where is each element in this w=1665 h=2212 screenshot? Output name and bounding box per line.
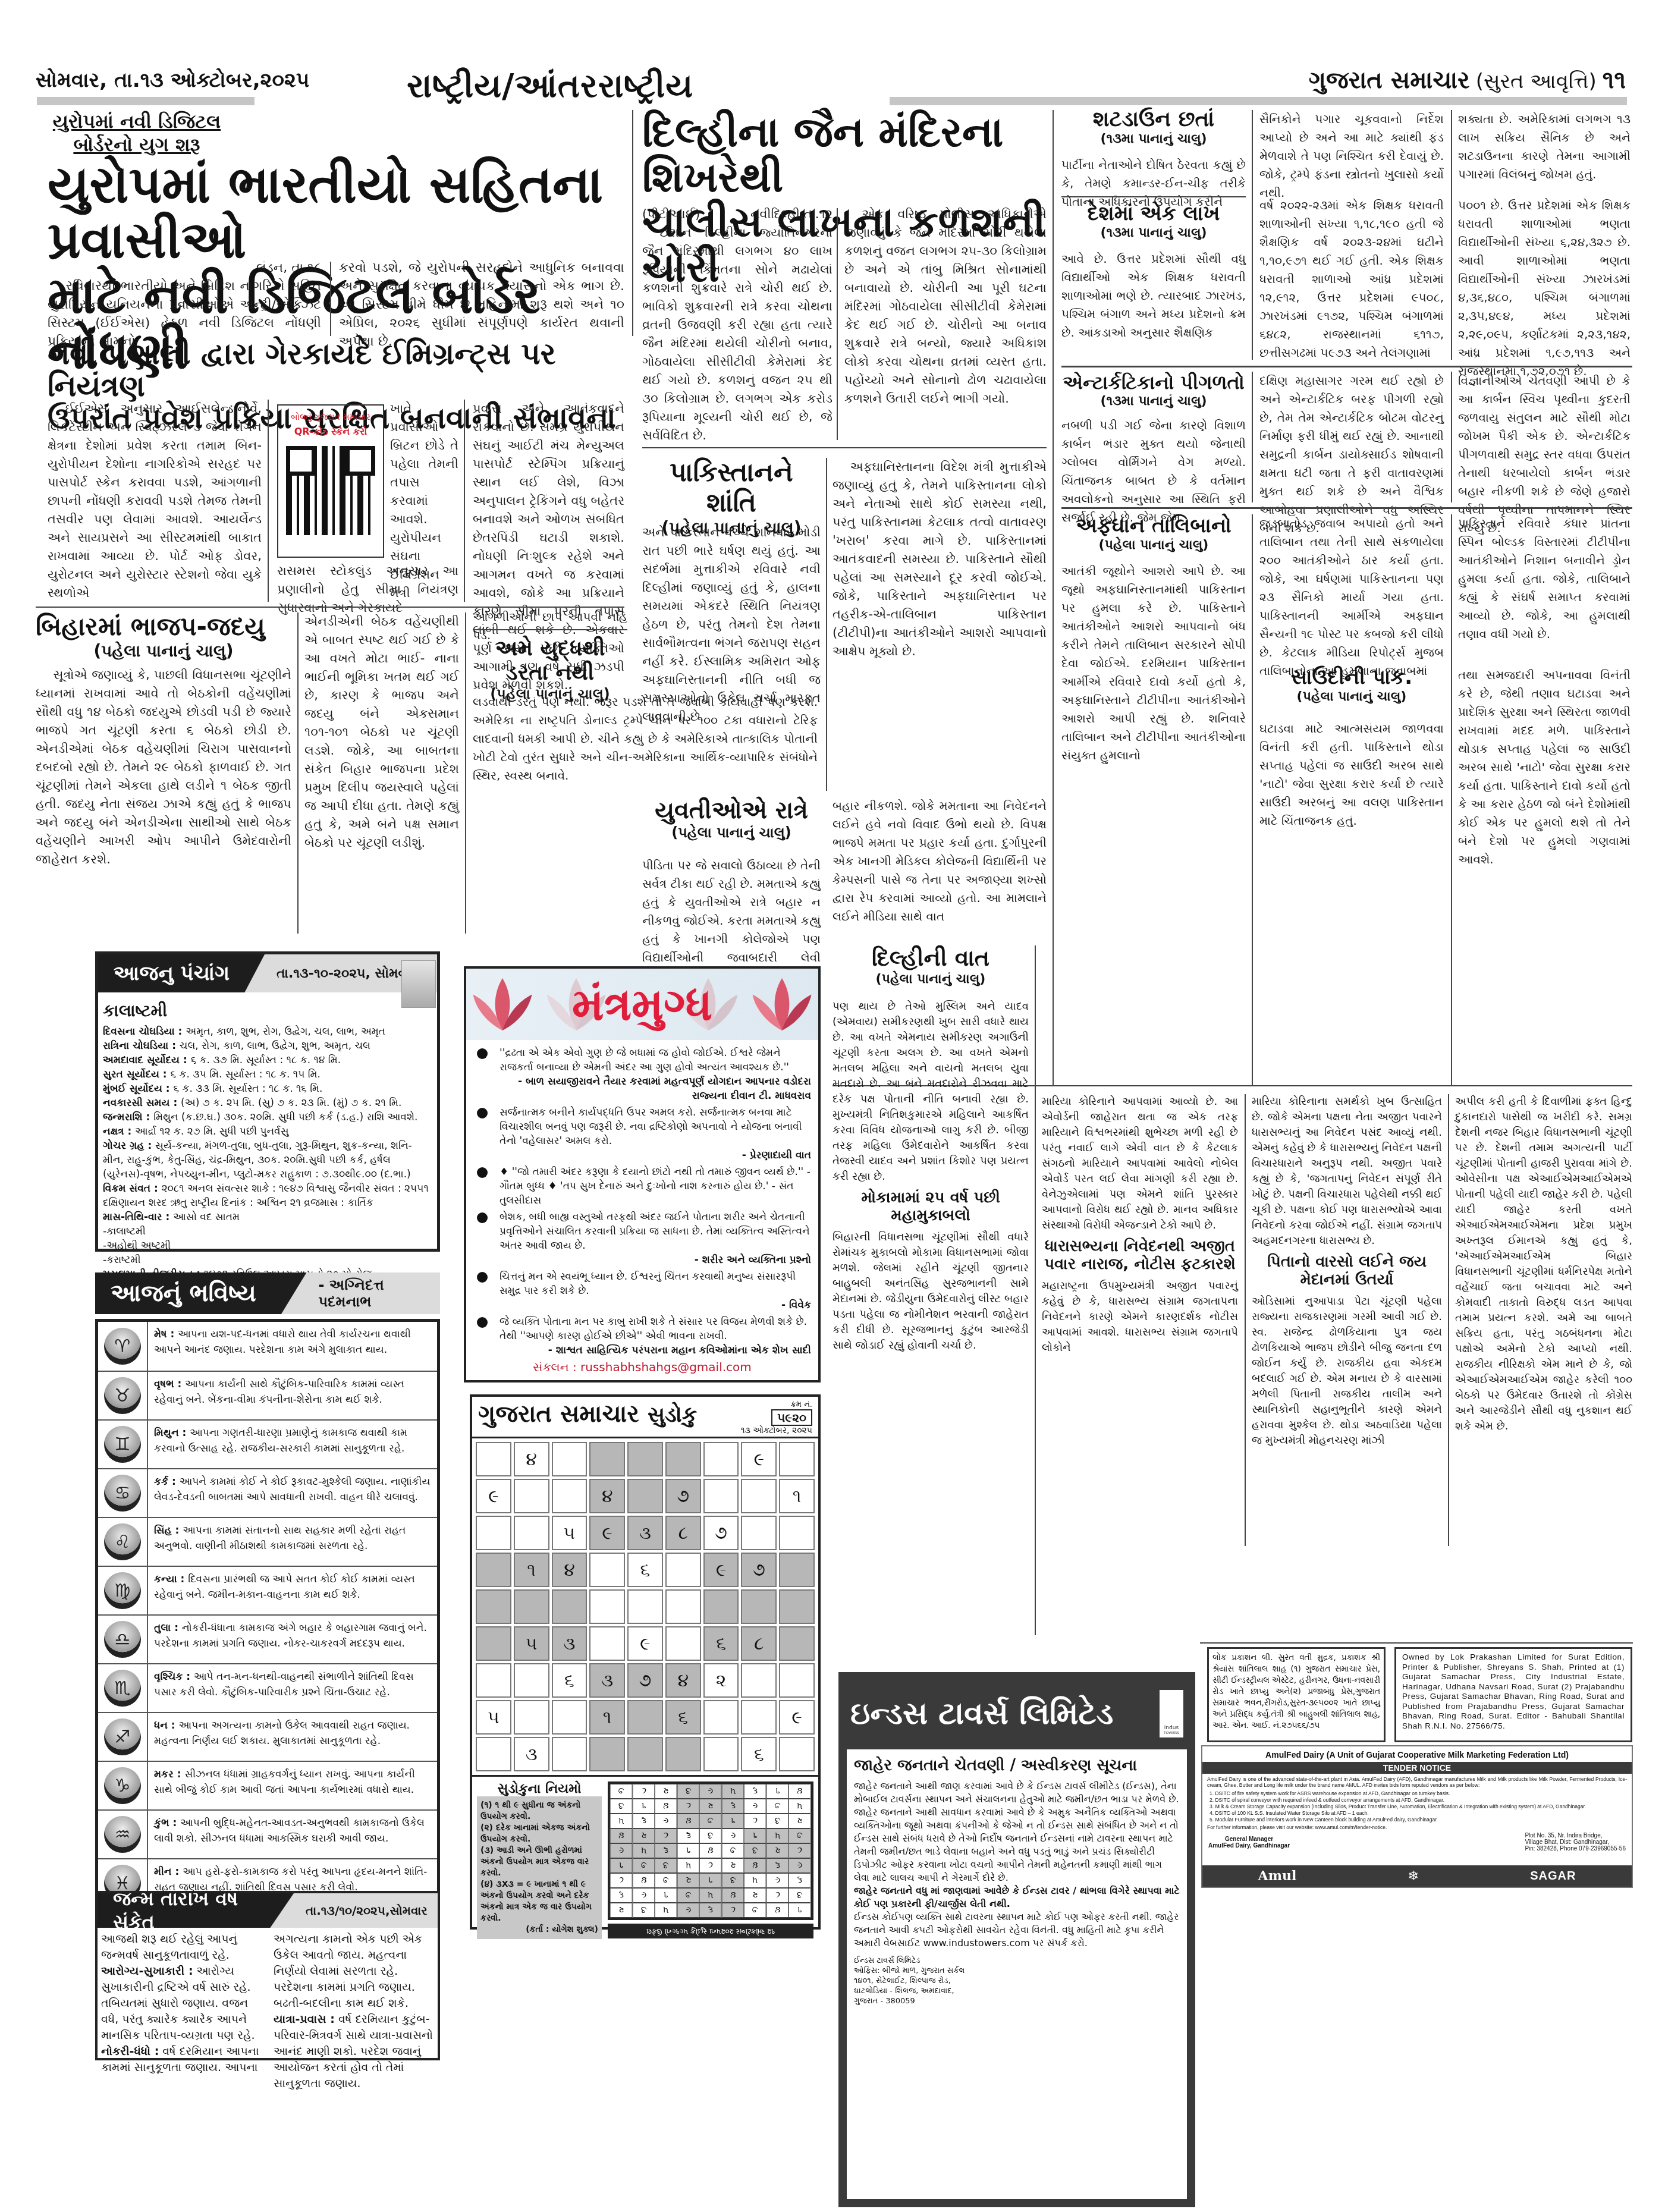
sudoku-cell[interactable]: ૯ bbox=[703, 1553, 739, 1587]
mantra-source: - બાળ સયાજીરાવને તૈયાર કરવામાં મહત્વપૂર્… bbox=[499, 1074, 811, 1103]
panchang-value: -કરાષ્ટમી bbox=[103, 1254, 141, 1266]
sudoku-cell[interactable] bbox=[589, 1553, 625, 1587]
imprint-gujarati: લોક પ્રકાશન લી. સુરત વતી મુદ્રક, પ્રકાશક… bbox=[1207, 1647, 1386, 1742]
sudoku-cell[interactable]: ૭ bbox=[741, 1553, 777, 1587]
sudoku-cell[interactable] bbox=[589, 1626, 625, 1661]
solution-cell: ૮ bbox=[610, 1873, 633, 1888]
solution-cell: ૨ bbox=[722, 1858, 744, 1873]
solution-cell: ૧ bbox=[722, 1814, 744, 1828]
solution-cell: ૪ bbox=[633, 1873, 655, 1888]
panchang-line: નવકારસી સમય : (અ) ૭ ક. ૨૫ મિ. (સુ) ૭ ક. … bbox=[103, 1096, 432, 1110]
sudoku-cell[interactable] bbox=[703, 1737, 739, 1771]
zodiac-prediction: આપના ગણતરી-ધારણા પ્રમાણેનું કામકાજ થવાથી… bbox=[154, 1427, 407, 1454]
panchang-line: અમદાવાદ સૂર્યોદય : ૬ ક. ૩૭ મિ. સૂર્યાસ્ત… bbox=[103, 1053, 432, 1067]
shutdown-col2: સૈનિકોને પગાર ચૂકવવાનો નિર્દેશ આપ્યો છે … bbox=[1259, 110, 1444, 202]
sudoku-cell[interactable]: ૨ bbox=[703, 1663, 739, 1698]
sudoku-cell[interactable] bbox=[627, 1479, 663, 1513]
column-rule bbox=[1053, 110, 1054, 1085]
sudoku-cell[interactable]: ૩ bbox=[589, 1663, 625, 1698]
sudoku-title: સુડોકુ bbox=[648, 1403, 697, 1428]
mantra-quote: બેશક, બધી બાહ્ય વસ્તુઓ તરફથી અંદર જઈને પ… bbox=[499, 1210, 811, 1253]
saudi-head: સાઉદીની પાક. (પહેલા પાનાનું ચાલુ) bbox=[1259, 666, 1444, 704]
sudoku-cell[interactable] bbox=[514, 1700, 549, 1735]
europe-body-text-1: ઈઈએસ અનુસાર આઈસલેન્ડ,નોર્વે, લિકટેંસ્ટીન… bbox=[48, 400, 262, 602]
delhi-vaat-col1: પણ થાય છે તેઓ મુસ્લિમ અને યાદવ (એમવાય) સ… bbox=[832, 999, 1029, 1353]
afghan-col2: જડબાતોડ જવાબ અપાયો હતો અને તાલિબાન તથા ત… bbox=[1259, 514, 1444, 680]
solution-cell: ૬ bbox=[655, 1843, 677, 1858]
sudoku-cell[interactable]: ૪ bbox=[552, 1553, 588, 1587]
column-rule bbox=[1451, 110, 1452, 360]
pakistan-col2: અફઘાનિસ્તાનના વિદેશ મંત્રી મુત્તાકીએ જણા… bbox=[832, 458, 1047, 661]
sudoku-date: ૧૩ ઓક્ટોબર, ૨૦૨૫ bbox=[741, 1426, 812, 1435]
delhi-vaat-col2-text: મારિયા કોરિનાને આપવામાં આવ્યો છે. આ એવોર… bbox=[1042, 1094, 1238, 1233]
zodiac-name: મકર : bbox=[154, 1768, 184, 1780]
solution-cell: ૬ bbox=[744, 1784, 766, 1799]
panchang-label: ગોચર ગ્રહ : bbox=[103, 1140, 155, 1152]
sudoku-cell[interactable] bbox=[703, 1700, 739, 1735]
panchang-label: માસ-તિથિ-વાર : bbox=[103, 1211, 173, 1223]
section-divider bbox=[1061, 507, 1632, 509]
panchang-value: આસો વદ સાતમ bbox=[173, 1211, 240, 1223]
sudoku-cell[interactable] bbox=[552, 1589, 588, 1624]
zodiac-text: મિથુન : આપના ગણતરી-ધારણા પ્રમાણેનું કામક… bbox=[148, 1421, 437, 1468]
solution-cell: ૨ bbox=[766, 1843, 789, 1858]
panchang-value: -કાલાષ્ટમી bbox=[103, 1226, 146, 1237]
women-col2: બહાર નીકળશે. જોકે મમતાના આ નિવેદનને લઈને… bbox=[832, 797, 1047, 926]
sudoku-cell[interactable] bbox=[627, 1442, 663, 1476]
solution-cell: ૧ bbox=[699, 1873, 722, 1888]
panchang-value: ૬ ક. ૩૫ મિ. સૂર્યાસ્ત : ૧૮ ક. ૧૫ મિ. bbox=[171, 1069, 321, 1080]
solution-cell: ૯ bbox=[722, 1828, 744, 1843]
sudoku-number: ૫૯૨૦ bbox=[771, 1409, 812, 1426]
amul-intro: AmulFed Dairy is one of the advanced sta… bbox=[1202, 1774, 1632, 1790]
indus-body-bold: જાહેર જનતાને વધુ માં જાણવામાં આવેછે કે ઈ… bbox=[854, 1884, 1180, 1911]
indus-notice: જાહેર જનતાને ચેતવણી / અસ્વીકરણ સૂચના જાહ… bbox=[847, 1749, 1187, 2199]
sudoku-cell[interactable] bbox=[627, 1737, 663, 1771]
indus-address-line: ઘાટલોડિયા - શિલજ, અમદાવાદ, bbox=[854, 1986, 1180, 1996]
sudoku-cell[interactable]: ૫ bbox=[514, 1626, 549, 1661]
solution-cell: ૩ bbox=[744, 1843, 766, 1858]
zodiac-icon-cell: ♏ bbox=[98, 1664, 148, 1712]
zodiac-name: કુંભ : bbox=[154, 1817, 180, 1829]
europe-subhead-line1: નવી પ્રણાલી દ્વારા ગેરકાયદે ઈમિગ્રન્ટ્સ … bbox=[48, 338, 624, 402]
sudoku-cell[interactable] bbox=[741, 1479, 777, 1513]
sudoku-cell[interactable]: ૬ bbox=[627, 1553, 663, 1587]
sudoku-cell[interactable] bbox=[741, 1589, 777, 1624]
imprint-english: Owned by Lok Prakashan Limited for Surat… bbox=[1394, 1647, 1632, 1742]
panchang-line: રાત્રિના ચોઘડિયા : ચલ, રોગ, કાળ, લાભ, ઉદ… bbox=[103, 1039, 432, 1053]
sudoku-cell[interactable] bbox=[476, 1516, 511, 1550]
women-contd: (પહેલા પાનાનું ચાલુ) bbox=[642, 824, 821, 841]
solution-cell: ૬ bbox=[722, 1799, 744, 1814]
zodiac-prediction: આપના અગત્યના કામનો ઉકેલ આવવાથી રાહત જણાય… bbox=[154, 1720, 410, 1747]
solution-cell: ૨ bbox=[610, 1903, 633, 1918]
sagar-logo: SAGAR bbox=[1530, 1869, 1576, 1883]
sudoku-cell[interactable]: ૫ bbox=[552, 1516, 588, 1550]
sudoku-rules-title: સુડોકુના નિયમો bbox=[477, 1781, 602, 1796]
zodiac-icon-cell: ♋ bbox=[98, 1469, 148, 1517]
sudoku-rules-list: (૧) ૧ થી ૯ સુધીના જ અંકનો ઉપયોગ કરવો.(૨)… bbox=[477, 1796, 602, 1939]
sudoku-cell[interactable] bbox=[476, 1553, 511, 1587]
solution-cell: ૨ bbox=[677, 1873, 700, 1888]
column-rule bbox=[330, 262, 331, 336]
solution-cell: ૮ bbox=[677, 1799, 700, 1814]
zodiac-row: ♏વૃશ્ચિક : આપે તન-મન-ધનથી-વાહનથી સંભાળીન… bbox=[98, 1663, 437, 1712]
zodiac-text: મેષ : આપના યશ-પદ-ધનમાં વધારો થાય તેવી કા… bbox=[148, 1322, 437, 1371]
sudoku-cell[interactable]: ૮ bbox=[741, 1626, 777, 1661]
war-headline: અમે યુદ્ધથી ડરતા નથી bbox=[473, 636, 627, 686]
delhi-agency: (પીટીઆઈ) bbox=[642, 205, 700, 224]
panchang-title: આજનુ પંચાંગ bbox=[98, 954, 265, 992]
cancer-icon: ♋ bbox=[104, 1475, 141, 1512]
mantra-quote: જે વ્યક્તિ પોતાના મન પર કાબુ રાખી શકે તે… bbox=[499, 1315, 811, 1343]
birthday-col2: અગત્યના કામનો એક પછી એક ઉકેલ આવતો જાય. મ… bbox=[274, 1931, 434, 2092]
lotus-icon bbox=[749, 975, 815, 1034]
delhi-vaat-head: દિલ્હીની વાત (પહેલા પાનાનું ચાલુ) bbox=[832, 945, 1029, 986]
bihar-contd: (પહેલા પાનાનું ચાલુ) bbox=[36, 641, 291, 661]
europe-dateline: લંડન, તા.૧૮ bbox=[48, 259, 321, 277]
mantra-header: મંત્રમુગ્ધ bbox=[466, 969, 818, 1040]
sudoku-cell[interactable]: ૮ bbox=[665, 1516, 701, 1550]
sudoku-cell[interactable] bbox=[665, 1442, 701, 1476]
section-divider bbox=[1061, 366, 1632, 367]
sudoku-cell[interactable] bbox=[665, 1553, 701, 1587]
sudoku-cell[interactable] bbox=[552, 1737, 588, 1771]
horoscope-band: આજનું ભવિષ્ય - અગ્નિદત્ત પદમનાભ bbox=[95, 1272, 440, 1314]
delhi-vaat-col3b-text: ઓડિસામાં નુઆપાડા પેટા ચૂંટણી પહેલા રાજ્ય… bbox=[1252, 1294, 1442, 1449]
amul-address-1: Plot No. 35, Nr. Indira Bridge, bbox=[1525, 1833, 1626, 1839]
taurus-icon: ♉ bbox=[104, 1377, 141, 1414]
sudoku-cell[interactable]: ૪ bbox=[514, 1442, 549, 1476]
solution-cell: ૭ bbox=[677, 1888, 700, 1903]
birthday-box: જન્મ તારીખ વર્ષ સંકેત તા.૧૩/૧૦/૨૦૨૫,સોમવ… bbox=[95, 1891, 440, 2060]
indus-header: ઇન્ડસ ટાવર્સ લિમિટેડ indus TOWERS bbox=[838, 1672, 1195, 1743]
section-title: રાષ્ટ્રીય/આંતરરાષ્ટ્રીય bbox=[262, 67, 838, 106]
antarctica-col1: નબળી પડી ગઈ જેના કારણે વિશાળ કાર્બન ભંડા… bbox=[1061, 416, 1246, 527]
pakistan-col2-text: અફઘાનિસ્તાનના વિદેશ મંત્રી મુત્તાકીએ જણા… bbox=[832, 458, 1047, 661]
indus-logo: indus TOWERS bbox=[1160, 1690, 1183, 1737]
amul-website[interactable]: For further information, please visit ou… bbox=[1202, 1823, 1632, 1831]
qr-code-box[interactable]: બોલતું ગુજરાત સમાચાર QR-કોડ સ્કેન કરો bbox=[277, 404, 384, 558]
column-rule bbox=[464, 400, 465, 602]
solution-cell: ૬ bbox=[766, 1858, 789, 1873]
solution-cell: ૪ bbox=[610, 1828, 633, 1843]
sudoku-cell[interactable] bbox=[741, 1663, 777, 1698]
sudoku-section: ગુજરાત સમાચાર સુડોકુ ક્રમ નં. ૫૯૨૦ ૧૩ ઓક… bbox=[470, 1394, 821, 1930]
amul-website-text: For further information, please visit ou… bbox=[1207, 1824, 1387, 1830]
solution-cell: ૫ bbox=[788, 1799, 811, 1814]
sudoku-cell[interactable] bbox=[476, 1663, 511, 1698]
zodiac-name: કન્યા : bbox=[154, 1573, 188, 1585]
solution-cell: ૬ bbox=[610, 1888, 633, 1903]
solution-cell: ૫ bbox=[722, 1784, 744, 1799]
sudoku-cell[interactable]: ૩ bbox=[552, 1626, 588, 1661]
zodiac-text: કર્ક : આપને કામમાં કોઈ ને કોઈ રૂકાવટ-મુશ… bbox=[148, 1469, 437, 1517]
sudoku-brand: ગુજરાત સમાચાર bbox=[478, 1400, 639, 1428]
zodiac-prediction: નોકરી-ધંધાના કામકાજ અંગે બહાર કે બહારગામ… bbox=[154, 1622, 427, 1649]
column-rule bbox=[826, 458, 827, 791]
gemini-icon: ♊ bbox=[104, 1426, 141, 1463]
column-rule bbox=[1448, 1094, 1449, 1546]
sudoku-cell[interactable]: ૧ bbox=[589, 1700, 625, 1735]
bihar-col1: સૂત્રોએ જણાવ્યું કે, પાછલી વિધાનસભા ચૂંટ… bbox=[36, 666, 291, 869]
solution-cell: ૮ bbox=[744, 1814, 766, 1828]
masthead-rule-left bbox=[37, 97, 255, 105]
amul-address-2: Village Bhat, Dist: Gandhinagar, bbox=[1525, 1839, 1626, 1846]
solution-cell: ૫ bbox=[610, 1814, 633, 1828]
solution-cell: ૩ bbox=[610, 1799, 633, 1814]
zodiac-text: સિંહ : આપના કામમાં સંતાનનો સાથ સહકાર મળી… bbox=[148, 1518, 437, 1566]
panchang-lines: દિવસના ચોઘડિયા : અમૃત, કાળ, શુભ, રોગ, ઉદ… bbox=[103, 1025, 432, 1296]
mantra-source: - શાશ્વત સાહિત્યિક પરંપરાના મહાન કવિઓમાં… bbox=[499, 1343, 811, 1358]
saudi-contd: (પહેલા પાનાનું ચાલુ) bbox=[1259, 689, 1444, 704]
delhi-vaat-col2b-text: મહારાષ્ટ્રના ઉપમુખ્યમંત્રી અજીત પવારનું … bbox=[1042, 1278, 1238, 1356]
delhi-headline-line1: દિલ્હીના જૈન મંદિરના શિખરેથી bbox=[642, 110, 1047, 200]
solution-cell: ૧ bbox=[766, 1784, 789, 1799]
sudoku-rules: સુડોકુના નિયમો (૧) ૧ થી ૯ સુધીના જ અંકનો… bbox=[477, 1781, 602, 1939]
sudoku-cell[interactable] bbox=[779, 1442, 815, 1476]
zodiac-row: ♈મેષ : આપના યશ-પદ-ધનમાં વધારો થાય તેવી ક… bbox=[98, 1322, 437, 1371]
solution-cell: ૨ bbox=[788, 1814, 811, 1828]
solution-cell: ૪ bbox=[722, 1888, 744, 1903]
sudoku-cell[interactable]: ૪ bbox=[665, 1663, 701, 1698]
zodiac-text: વૃશ્ચિક : આપે તન-મન-ધનથી-વાહનથી સંભાળીને… bbox=[148, 1664, 437, 1712]
sudoku-cell[interactable] bbox=[779, 1626, 815, 1661]
sudoku-puzzle: ૪૯૯૪૭૧૫૯૩૮૭૧૪૬૯૭૫૩૯૬૮૬૩૭૪૨૫૧૬૯૩૬ bbox=[472, 1438, 818, 1777]
panchang-line: -કરાષ્ટમી bbox=[103, 1253, 432, 1267]
sudoku-footer: સુડોકુના નિયમો (૧) ૧ થી ૯ સુધીના જ અંકનો… bbox=[472, 1777, 818, 1944]
solution-cell: ૬ bbox=[633, 1814, 655, 1828]
delhi-vaat-col3: મારિયા કોરિનાના સમર્થકો ખુબ ઉત્સાહિત છે.… bbox=[1252, 1094, 1442, 1449]
qr-code-icon[interactable] bbox=[286, 446, 375, 535]
sudoku-cell[interactable] bbox=[552, 1479, 588, 1513]
panchang-label: રાત્રિના ચોઘડિયા : bbox=[103, 1040, 180, 1052]
indus-address-line: ઓફિસ: બીજો માળ, ગુજરાત સર્કલ bbox=[854, 1966, 1180, 1976]
solution-cell: ૩ bbox=[699, 1828, 722, 1843]
zodiac-icon-cell: ♍ bbox=[98, 1567, 148, 1614]
indus-title: ઇન્ડસ ટાવર્સ લિમિટેડ bbox=[850, 1696, 1113, 1732]
sudoku-cell[interactable]: ૭ bbox=[703, 1516, 739, 1550]
solution-cell: ૫ bbox=[655, 1903, 677, 1918]
panchang-line: મુંબઈ સૂર્યોદય : ૬ ક. ૩૩ મિ. સૂર્યાસ્ત :… bbox=[103, 1082, 432, 1096]
indus-address-line: ઈન્ડસ ટાવર્સ લિમિટેડ bbox=[854, 1956, 1180, 1966]
edition-label: (સુરત આવૃત્તિ) bbox=[1476, 70, 1597, 93]
column-rule bbox=[1245, 1094, 1246, 1546]
tender-item: 5. Modular Furniture and interiors work … bbox=[1210, 1817, 1625, 1823]
delhi-vaat-col1b-text: બિહારની વિધાનસભા ચૂંટણીમાં સૌથી વધારે રો… bbox=[832, 1230, 1029, 1353]
horoscope-author: - અગ્નિદત્ત પદમનાભ bbox=[307, 1277, 440, 1310]
indus-address-line: ૧૪૦૧, સેટેલાઈટ, શિલ્પાજ રોડ, bbox=[854, 1976, 1180, 1986]
zodiac-text: ધન : આપના અગત્યના કામનો ઉકેલ આવવાથી રાહત… bbox=[148, 1713, 437, 1761]
sudoku-cell[interactable] bbox=[779, 1516, 815, 1550]
tender-item: 4. DSITC of 100 KL S.S. Insulated Water … bbox=[1210, 1810, 1625, 1817]
sudoku-cell[interactable]: ૯ bbox=[589, 1516, 625, 1550]
sudoku-grid: ૪૯૯૪૭૧૫૯૩૮૭૧૪૬૯૭૫૩૯૬૮૬૩૭૪૨૫૧૬૯૩૬ bbox=[476, 1442, 815, 1771]
column-rule bbox=[297, 612, 299, 934]
sudoku-cell[interactable] bbox=[665, 1737, 701, 1771]
sudoku-cell[interactable] bbox=[476, 1626, 511, 1661]
mokama-subhead: મોકામામાં ૨૫ વર્ષ પછી મહામુકાબલો bbox=[832, 1189, 1029, 1225]
solution-cell: ૧ bbox=[744, 1828, 766, 1843]
bullet-icon bbox=[477, 1317, 488, 1328]
page-number: ૧૧ bbox=[1603, 67, 1626, 94]
sudoku-cell[interactable]: ૯ bbox=[627, 1626, 663, 1661]
sudoku-cell[interactable] bbox=[476, 1442, 511, 1476]
zodiac-row: ♒કુંભ : આપની બુદ્ધિ-મહેનત-આવડત-અનુભવથી ક… bbox=[98, 1809, 437, 1858]
zodiac-row: ♎તુલા : નોકરી-ધંધાના કામકાજ અંગે બહાર કે… bbox=[98, 1614, 437, 1663]
sudoku-cell[interactable] bbox=[665, 1589, 701, 1624]
zodiac-name: કર્ક : bbox=[154, 1476, 180, 1488]
amul-signatory-title: General Manager bbox=[1208, 1836, 1290, 1843]
panchang-content: કાલાષ્ટમી દિવસના ચોઘડિયા : અમૃત, કાળ, શુ… bbox=[98, 992, 437, 1296]
sudoku-cell[interactable]: ૩ bbox=[627, 1516, 663, 1550]
sudoku-cell[interactable] bbox=[514, 1479, 549, 1513]
sudoku-cell[interactable]: ૩ bbox=[514, 1737, 549, 1771]
sudoku-cell[interactable] bbox=[665, 1626, 701, 1661]
sudoku-cell[interactable] bbox=[552, 1700, 588, 1735]
zodiac-text: કુંભ : આપની બુદ્ધિ-મહેનત-આવડત-અનુભવથી કા… bbox=[148, 1811, 437, 1858]
indus-towers-ad: ઇન્ડસ ટાવર્સ લિમિટેડ indus TOWERS જાહેર … bbox=[838, 1672, 1195, 2207]
schools-col2: વર્ષ ૨૦૨૨-૨૩માં એક શિક્ષક ધરાવતી શાળાઓની… bbox=[1259, 196, 1444, 362]
sudoku-cell[interactable] bbox=[627, 1700, 663, 1735]
sudoku-cell[interactable] bbox=[703, 1442, 739, 1476]
sudoku-cell[interactable] bbox=[703, 1589, 739, 1624]
mantra-source: - પ્રેરણાદાયી વાત bbox=[499, 1148, 811, 1162]
zodiac-row: ♌સિંહ : આપના કામમાં સંતાનનો સાથ સહકાર મળ… bbox=[98, 1517, 437, 1566]
indus-address: ઈન્ડસ ટાવર્સ લિમિટેડઓફિસ: બીજો માળ, ગુજર… bbox=[854, 1956, 1180, 2006]
amul-logo-band: Amul ❄ SAGAR bbox=[1202, 1865, 1632, 1887]
solution-cell: ૧ bbox=[788, 1903, 811, 1918]
zodiac-text: કન્યા : દિવસના પ્રારંભથી જ આપે સતત કોઈ ક… bbox=[148, 1567, 437, 1614]
sudoku-cell[interactable] bbox=[741, 1516, 777, 1550]
sudoku-cell[interactable] bbox=[779, 1553, 815, 1587]
sudoku-cell[interactable] bbox=[779, 1589, 815, 1624]
sudoku-cell[interactable] bbox=[589, 1737, 625, 1771]
sudoku-cell[interactable] bbox=[476, 1737, 511, 1771]
sudoku-cell[interactable] bbox=[514, 1516, 549, 1550]
sudoku-cell[interactable]: ૬ bbox=[665, 1700, 701, 1735]
sudoku-cell[interactable]: ૪ bbox=[589, 1479, 625, 1513]
tender-item: 1. DSITC of fire safety system work for … bbox=[1210, 1790, 1625, 1797]
sudoku-cell[interactable] bbox=[514, 1663, 549, 1698]
panchang-value: ચલ, રોગ, કાળ, લાભ, ઉદ્વેગ, શુભ, અમૃત, ચલ bbox=[180, 1040, 370, 1052]
indus-body-2: ઈન્ડસ કોઈપણ વ્યક્તિ સાથે ટાવરના સ્થાપન મ… bbox=[854, 1911, 1180, 1950]
sudoku-cell[interactable]: ૫ bbox=[476, 1700, 511, 1735]
antarctica-headline: એન્ટાર્કટિકાનો પીગળતો bbox=[1061, 372, 1246, 394]
schools-contd: (૧૩મા પાનાનું ચાલુ) bbox=[1061, 225, 1246, 240]
panchang-value: મિથુન (ક.છ.ઘ.) ૩૦ક. ૨૦મિ. સુધી પછી કર્ક … bbox=[153, 1111, 417, 1123]
mantra-quote: ચિત્તનું મન એ સ્વયંભૂ ધ્યાન છે. ઈશ્વરનું… bbox=[499, 1270, 811, 1298]
solution-cell: ૩ bbox=[766, 1814, 789, 1828]
sudoku-cell[interactable] bbox=[779, 1737, 815, 1771]
masthead-brand: ગુજરાત સમાચાર (સુરત આવૃત્તિ) ૧૧ bbox=[1309, 67, 1626, 94]
panchang-heading: કાલાષ્ટમી bbox=[103, 1001, 432, 1021]
bullet-icon bbox=[477, 1272, 488, 1283]
sudoku-cell[interactable] bbox=[741, 1700, 777, 1735]
sudoku-cell[interactable] bbox=[476, 1589, 511, 1624]
sudoku-cell[interactable] bbox=[552, 1442, 588, 1476]
bullet-icon bbox=[477, 1167, 488, 1178]
solution-cell: ૯ bbox=[610, 1843, 633, 1858]
panchang-value: (અ) ૭ ક. ૨૫ મિ. (સુ) ૭ ક. ૨૩ મિ. (મું) ૭… bbox=[181, 1097, 401, 1109]
panchang-date: તા.૧૩-૧૦-૨૦૨૫, સોમવાર bbox=[265, 966, 416, 981]
sudoku-cell[interactable] bbox=[703, 1479, 739, 1513]
bihar-headline: બિહારમાં ભાજપ-જદયુ bbox=[36, 612, 291, 641]
afghan-col3: પાકિસ્તાને રવિવારે કંધાર પ્રાંતના સ્પિન … bbox=[1458, 514, 1631, 643]
section-divider bbox=[642, 447, 1047, 448]
saudi-col2: તથા સમજદારી અપનાવવા વિનંતી કરે છે, જેથી … bbox=[1458, 666, 1631, 869]
column-rule bbox=[1035, 945, 1036, 1635]
delhi-vaat-col4: અપીલ કરી હતી કે દિવાળીમાં ફક્ત હિન્દુ દુ… bbox=[1455, 1094, 1632, 1434]
bullet-icon bbox=[477, 1212, 488, 1223]
sudoku-cell[interactable] bbox=[589, 1442, 625, 1476]
solution-cell: ૯ bbox=[744, 1799, 766, 1814]
section-divider bbox=[1061, 196, 1246, 197]
sudoku-cell[interactable]: ૯ bbox=[779, 1700, 815, 1735]
solution-cell: ૬ bbox=[699, 1903, 722, 1918]
sudoku-cell[interactable]: ૭ bbox=[665, 1479, 701, 1513]
sudoku-cell[interactable]: ૯ bbox=[476, 1479, 511, 1513]
indus-body: જાહેર જનતાને આથી જાણ કરવામાં આવે છે કે ઈ… bbox=[854, 1780, 1180, 1884]
solution-cell: ૮ bbox=[633, 1784, 655, 1799]
zodiac-name: સિંહ : bbox=[154, 1525, 183, 1537]
solution-cell: ૯ bbox=[788, 1858, 811, 1873]
pakistan-headline: પાકિસ્તાનને શાંતિ bbox=[642, 458, 821, 518]
sudoku-cell[interactable]: ૧ bbox=[514, 1553, 549, 1587]
panchang-line: દક્ષિણાયન શરદ ઋતુ રાષ્ટ્રીય દિનાંક : અશ્… bbox=[103, 1196, 432, 1210]
mantra-item: ♦ ''જો તમારી અંદર કરૂણા કે દયાનો છાંટો ન… bbox=[473, 1165, 811, 1208]
sudoku-cell[interactable] bbox=[514, 1589, 549, 1624]
mantra-source: - શરીર અને વ્યક્તિના પ્રશ્નો bbox=[499, 1253, 811, 1267]
sudoku-cell[interactable] bbox=[779, 1663, 815, 1698]
sudoku-cell[interactable]: ૭ bbox=[627, 1663, 663, 1698]
zodiac-row: ♍કન્યા : દિવસના પ્રારંભથી જ આપે સતત કોઈ … bbox=[98, 1566, 437, 1614]
sudoku-cell[interactable]: ૬ bbox=[703, 1626, 739, 1661]
sudoku-cell[interactable] bbox=[627, 1589, 663, 1624]
zodiac-prediction: સીઝનલ ધંધામાં ગ્રાહકવર્ગનું ધ્યાન રાખવું… bbox=[154, 1768, 415, 1796]
zodiac-prediction: આપ હરો-ફરો-કામકાજ કરો પરંતુ આપના હૃદય-મન… bbox=[154, 1866, 427, 1893]
solution-cell: ૪ bbox=[744, 1858, 766, 1873]
shutdown-head: શટડાઉન છતાં (૧૩મા પાનાનું ચાલુ) bbox=[1061, 107, 1246, 146]
horoscope-title: આજનું ભવિષ્ય bbox=[95, 1272, 307, 1314]
health-label: આરોગ્ય-સુખાકારી : bbox=[101, 1965, 193, 1978]
panchang-line: જન્મરાશિ : મિથુન (ક.છ.ઘ.) ૩૦ક. ૨૦મિ. સુધ… bbox=[103, 1110, 432, 1124]
sudoku-cell[interactable]: ૯ bbox=[741, 1442, 777, 1476]
zodiac-text: તુલા : નોકરી-ધંધાના કામકાજ અંગે બહાર કે … bbox=[148, 1616, 437, 1663]
section-divider bbox=[473, 629, 627, 630]
column-rule bbox=[1451, 514, 1452, 1085]
panchang-line: વિક્રમ સંવત : ૨૦૮૧ અનલ સંવત્સર શાકે : ૧૯… bbox=[103, 1182, 432, 1196]
zodiac-name: મેષ : bbox=[154, 1328, 178, 1340]
europe-body-col2b: રાસમસ સ્ટોકલુંડ અનુસાર આ પ્રણાલીનો હેતુ … bbox=[277, 562, 458, 617]
lotus-icon bbox=[470, 975, 535, 1034]
antarctica-col3: વિજ્ઞાનીઓએ ચેતવણી આપી છે કે આ કાર્બન સ્વ… bbox=[1458, 372, 1631, 538]
panchang-label: સુરત સૂર્યોદય : bbox=[103, 1069, 171, 1080]
bihar-col2: એનડીએની બેઠક વહેંચણીથી એ બાબત સ્પષ્ટ થઈ … bbox=[304, 612, 459, 852]
solution-cell: ૩ bbox=[655, 1858, 677, 1873]
sudoku-author: (કર્તા : યોગેશ શુક્લ) bbox=[480, 1924, 598, 1935]
birthday-band: જન્મ તારીખ વર્ષ સંકેત તા.૧૩/૧૦/૨૦૨૫,સોમવ… bbox=[98, 1893, 438, 1928]
sudoku-cell[interactable]: ૬ bbox=[741, 1737, 777, 1771]
ganesha-image bbox=[401, 960, 436, 1008]
zodiac-prediction: આપના કાર્યની સાથે કૌટુંબિક-પારિવારિક કામ… bbox=[154, 1378, 404, 1406]
solution-cell: ૮ bbox=[722, 1903, 744, 1918]
father-legacy-subhead: પિતાનો વારસો લઈને જય મેદાનમાં ઉતર્યા bbox=[1252, 1253, 1442, 1289]
sudoku-solution: ૭૮૨૩૯૫૬૧૪૩૧૪૮૨૬૯૭૫૫૬૯૪૭૧૮૩૨૪૨૮૬૩૯૧૫૭૯૫૬૧… bbox=[608, 1781, 813, 1939]
sudoku-cell[interactable]: ૬ bbox=[552, 1663, 588, 1698]
sudoku-cell[interactable]: ૧ bbox=[779, 1479, 815, 1513]
sudoku-cell[interactable] bbox=[589, 1589, 625, 1624]
